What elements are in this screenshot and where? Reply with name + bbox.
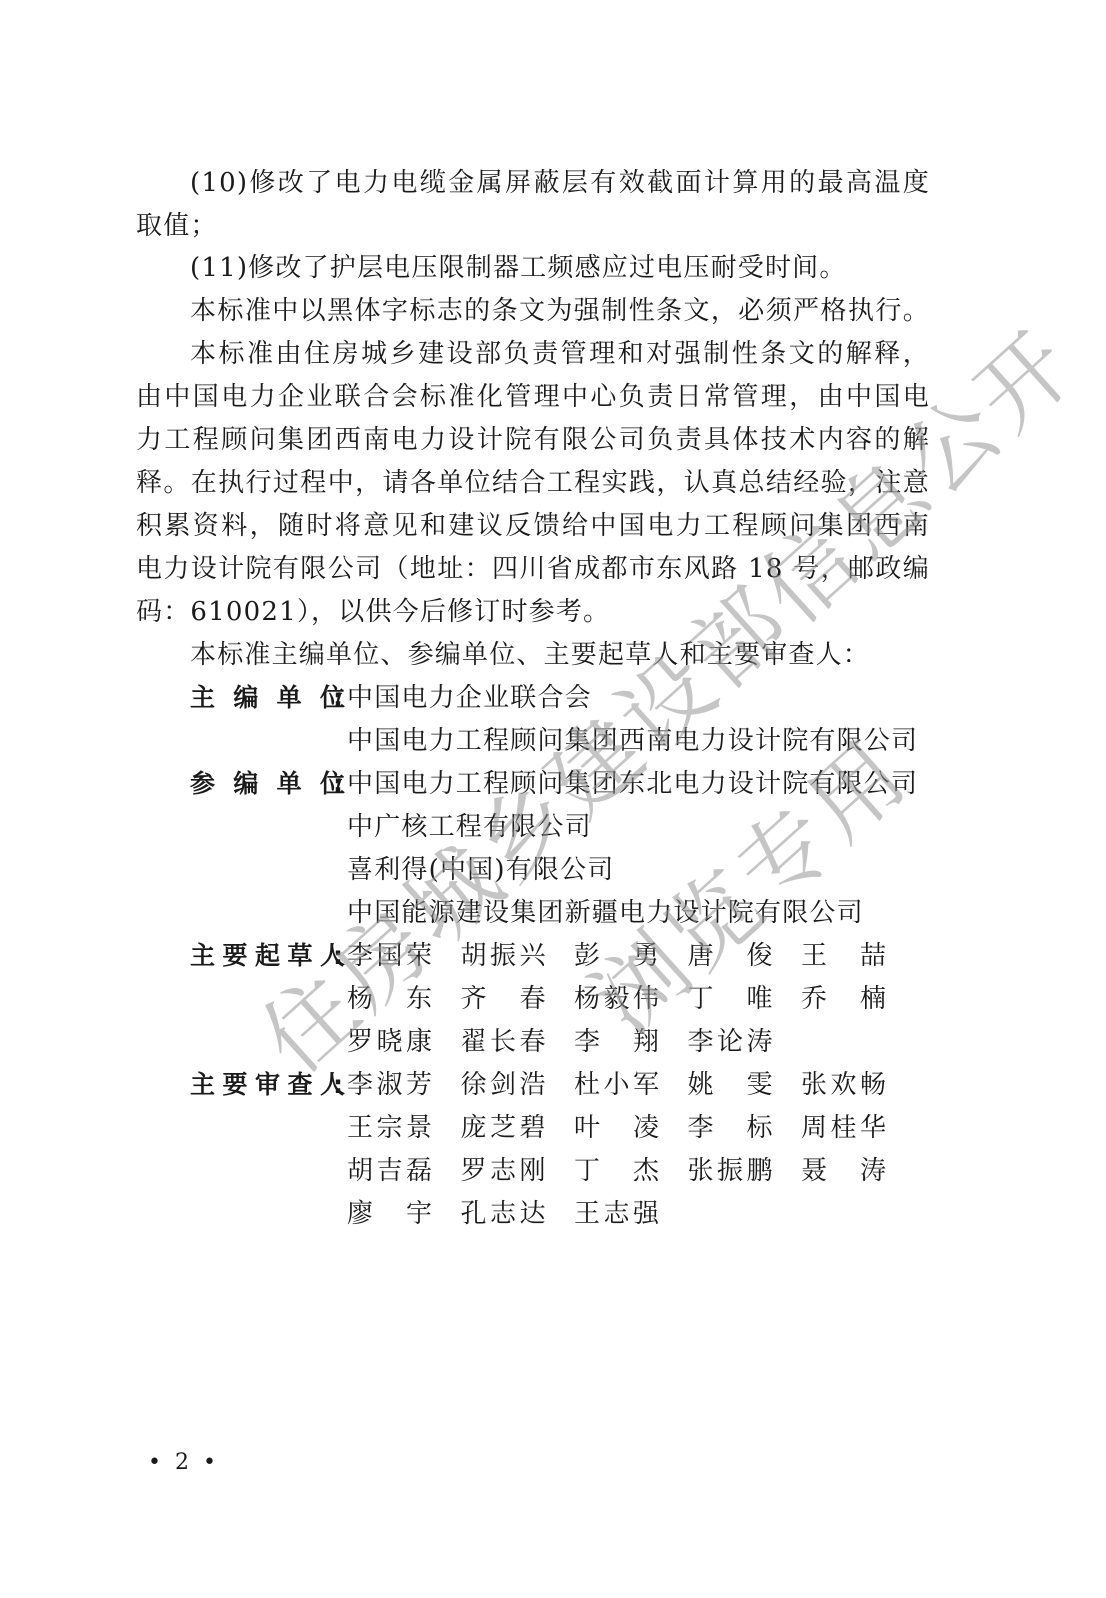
drafter-name: 彭勇 (574, 935, 659, 977)
reviewer-name: 罗志刚 (461, 1150, 546, 1192)
reviewer-name: 姚雯 (688, 1064, 773, 1106)
reviewer-name: 庞芝碧 (461, 1107, 546, 1149)
drafters-row: 杨东 齐春 杨毅伟 丁唯 乔楠 (347, 978, 915, 1020)
reviewer-name: 张欢畅 (801, 1064, 886, 1106)
reviewer-name: 聂涛 (801, 1150, 886, 1192)
drafter-name: 李国荣 (347, 935, 432, 977)
reviewer-name: 胡吉磊 (347, 1150, 432, 1192)
reviewers-row: 廖宇 孔志达 王志强 (347, 1193, 688, 1235)
reviewers-row: 李淑芳 徐剑浩 杜小军 姚雯 张欢畅 (347, 1064, 915, 1106)
drafter-name: 李论涛 (688, 1021, 773, 1063)
paragraph-mandatory: 本标准中以黑体字标志的条文为强制性条文，必须严格执行。 (190, 290, 930, 332)
drafter-name: 胡振兴 (461, 935, 546, 977)
paragraph-item-11: (11)修改了护层电压限制器工频感应过电压耐受时间。 (190, 247, 990, 289)
drafter-name: 罗晓康 (347, 1021, 432, 1063)
paragraph-management-line: 积累资料，随时将意见和建议反馈给中国电力工程顾问集团西南 (136, 505, 930, 547)
participating-unit: 中广核工程有限公司 (347, 806, 592, 848)
drafter-name: 唐俊 (688, 935, 773, 977)
reviewers-row: 王宗景 庞芝碧 叶凌 李标 周桂华 (347, 1107, 915, 1149)
chief-editor-label: 主编单位 (190, 677, 345, 719)
reviewers-label: 主要审查人 (190, 1064, 345, 1106)
paragraph-management-line: 由中国电力企业联合会标准化管理中心负责日常管理，由中国电 (136, 376, 930, 418)
participating-label: 参编单位 (190, 763, 345, 805)
drafters-label: 主要起草人 (190, 935, 345, 977)
drafter-name: 翟长春 (461, 1021, 546, 1063)
participating-unit: 中国电力工程顾问集团东北电力设计院有限公司 (347, 763, 918, 805)
chief-editor-unit: 中国电力工程顾问集团西南电力设计院有限公司 (347, 720, 918, 762)
chief-editor-unit: 中国电力企业联合会 (347, 677, 592, 719)
drafter-name: 齐春 (461, 978, 546, 1020)
reviewer-name: 孔志达 (461, 1193, 546, 1235)
reviewer-name: 周桂华 (801, 1107, 886, 1149)
reviewer-name: 王宗景 (347, 1107, 432, 1149)
paragraph-intro: 本标准主编单位、参编单位、主要起草人和主要审查人： (190, 634, 990, 676)
reviewers-colon: : (333, 1064, 343, 1106)
reviewer-name: 廖宇 (347, 1193, 432, 1235)
participating-unit: 中国能源建设集团新疆电力设计院有限公司 (347, 892, 864, 934)
drafter-name: 杨毅伟 (574, 978, 659, 1020)
document-page: (10)修改了电力电缆金属屏蔽层有效截面计算用的最高温度 取值； (11)修改了… (0, 0, 1106, 1598)
reviewer-name: 李淑芳 (347, 1064, 432, 1106)
drafter-name: 丁唯 (688, 978, 773, 1020)
reviewer-name: 叶凌 (574, 1107, 659, 1149)
paragraph-management-line: 力工程顾问集团西南电力设计院有限公司负责具体技术内容的解 (136, 419, 930, 461)
reviewer-name: 王志强 (574, 1193, 659, 1235)
reviewer-name: 李标 (688, 1107, 773, 1149)
drafters-colon: : (333, 935, 343, 977)
paragraph-management-line: 码：610021），以供今后修订时参考。 (136, 591, 936, 633)
paragraph-management-line: 电力设计院有限公司（地址：四川省成都市东风路 18 号，邮政编 (136, 548, 930, 590)
page-number: • 2 • (148, 1448, 216, 1478)
reviewer-name: 张振鹏 (688, 1150, 773, 1192)
drafter-name: 李翔 (574, 1021, 659, 1063)
paragraph-management-line: 释。在执行过程中，请各单位结合工程实践，认真总结经验，注意 (136, 462, 930, 504)
drafters-row: 李国荣 胡振兴 彭勇 唐俊 王喆 (347, 935, 915, 977)
drafter-name: 乔楠 (801, 978, 886, 1020)
reviewers-row: 胡吉磊 罗志刚 丁杰 张振鹏 聂涛 (347, 1150, 915, 1192)
reviewer-name: 徐剑浩 (461, 1064, 546, 1106)
participating-unit: 喜利得(中国)有限公司 (347, 849, 615, 891)
drafters-row: 罗晓康 翟长春 李翔 李论涛 (347, 1021, 801, 1063)
paragraph-management-line: 本标准由住房城乡建设部负责管理和对强制性条文的解释， (190, 333, 930, 375)
drafter-name: 杨东 (347, 978, 432, 1020)
chief-editor-colon: : (333, 677, 343, 719)
paragraph-item-10: (10)修改了电力电缆金属屏蔽层有效截面计算用的最高温度 (190, 162, 930, 204)
reviewer-name: 丁杰 (574, 1150, 659, 1192)
paragraph-item-10-continued: 取值； (136, 205, 936, 247)
reviewer-name: 杜小军 (574, 1064, 659, 1106)
participating-colon: : (333, 763, 343, 805)
drafter-name: 王喆 (801, 935, 886, 977)
